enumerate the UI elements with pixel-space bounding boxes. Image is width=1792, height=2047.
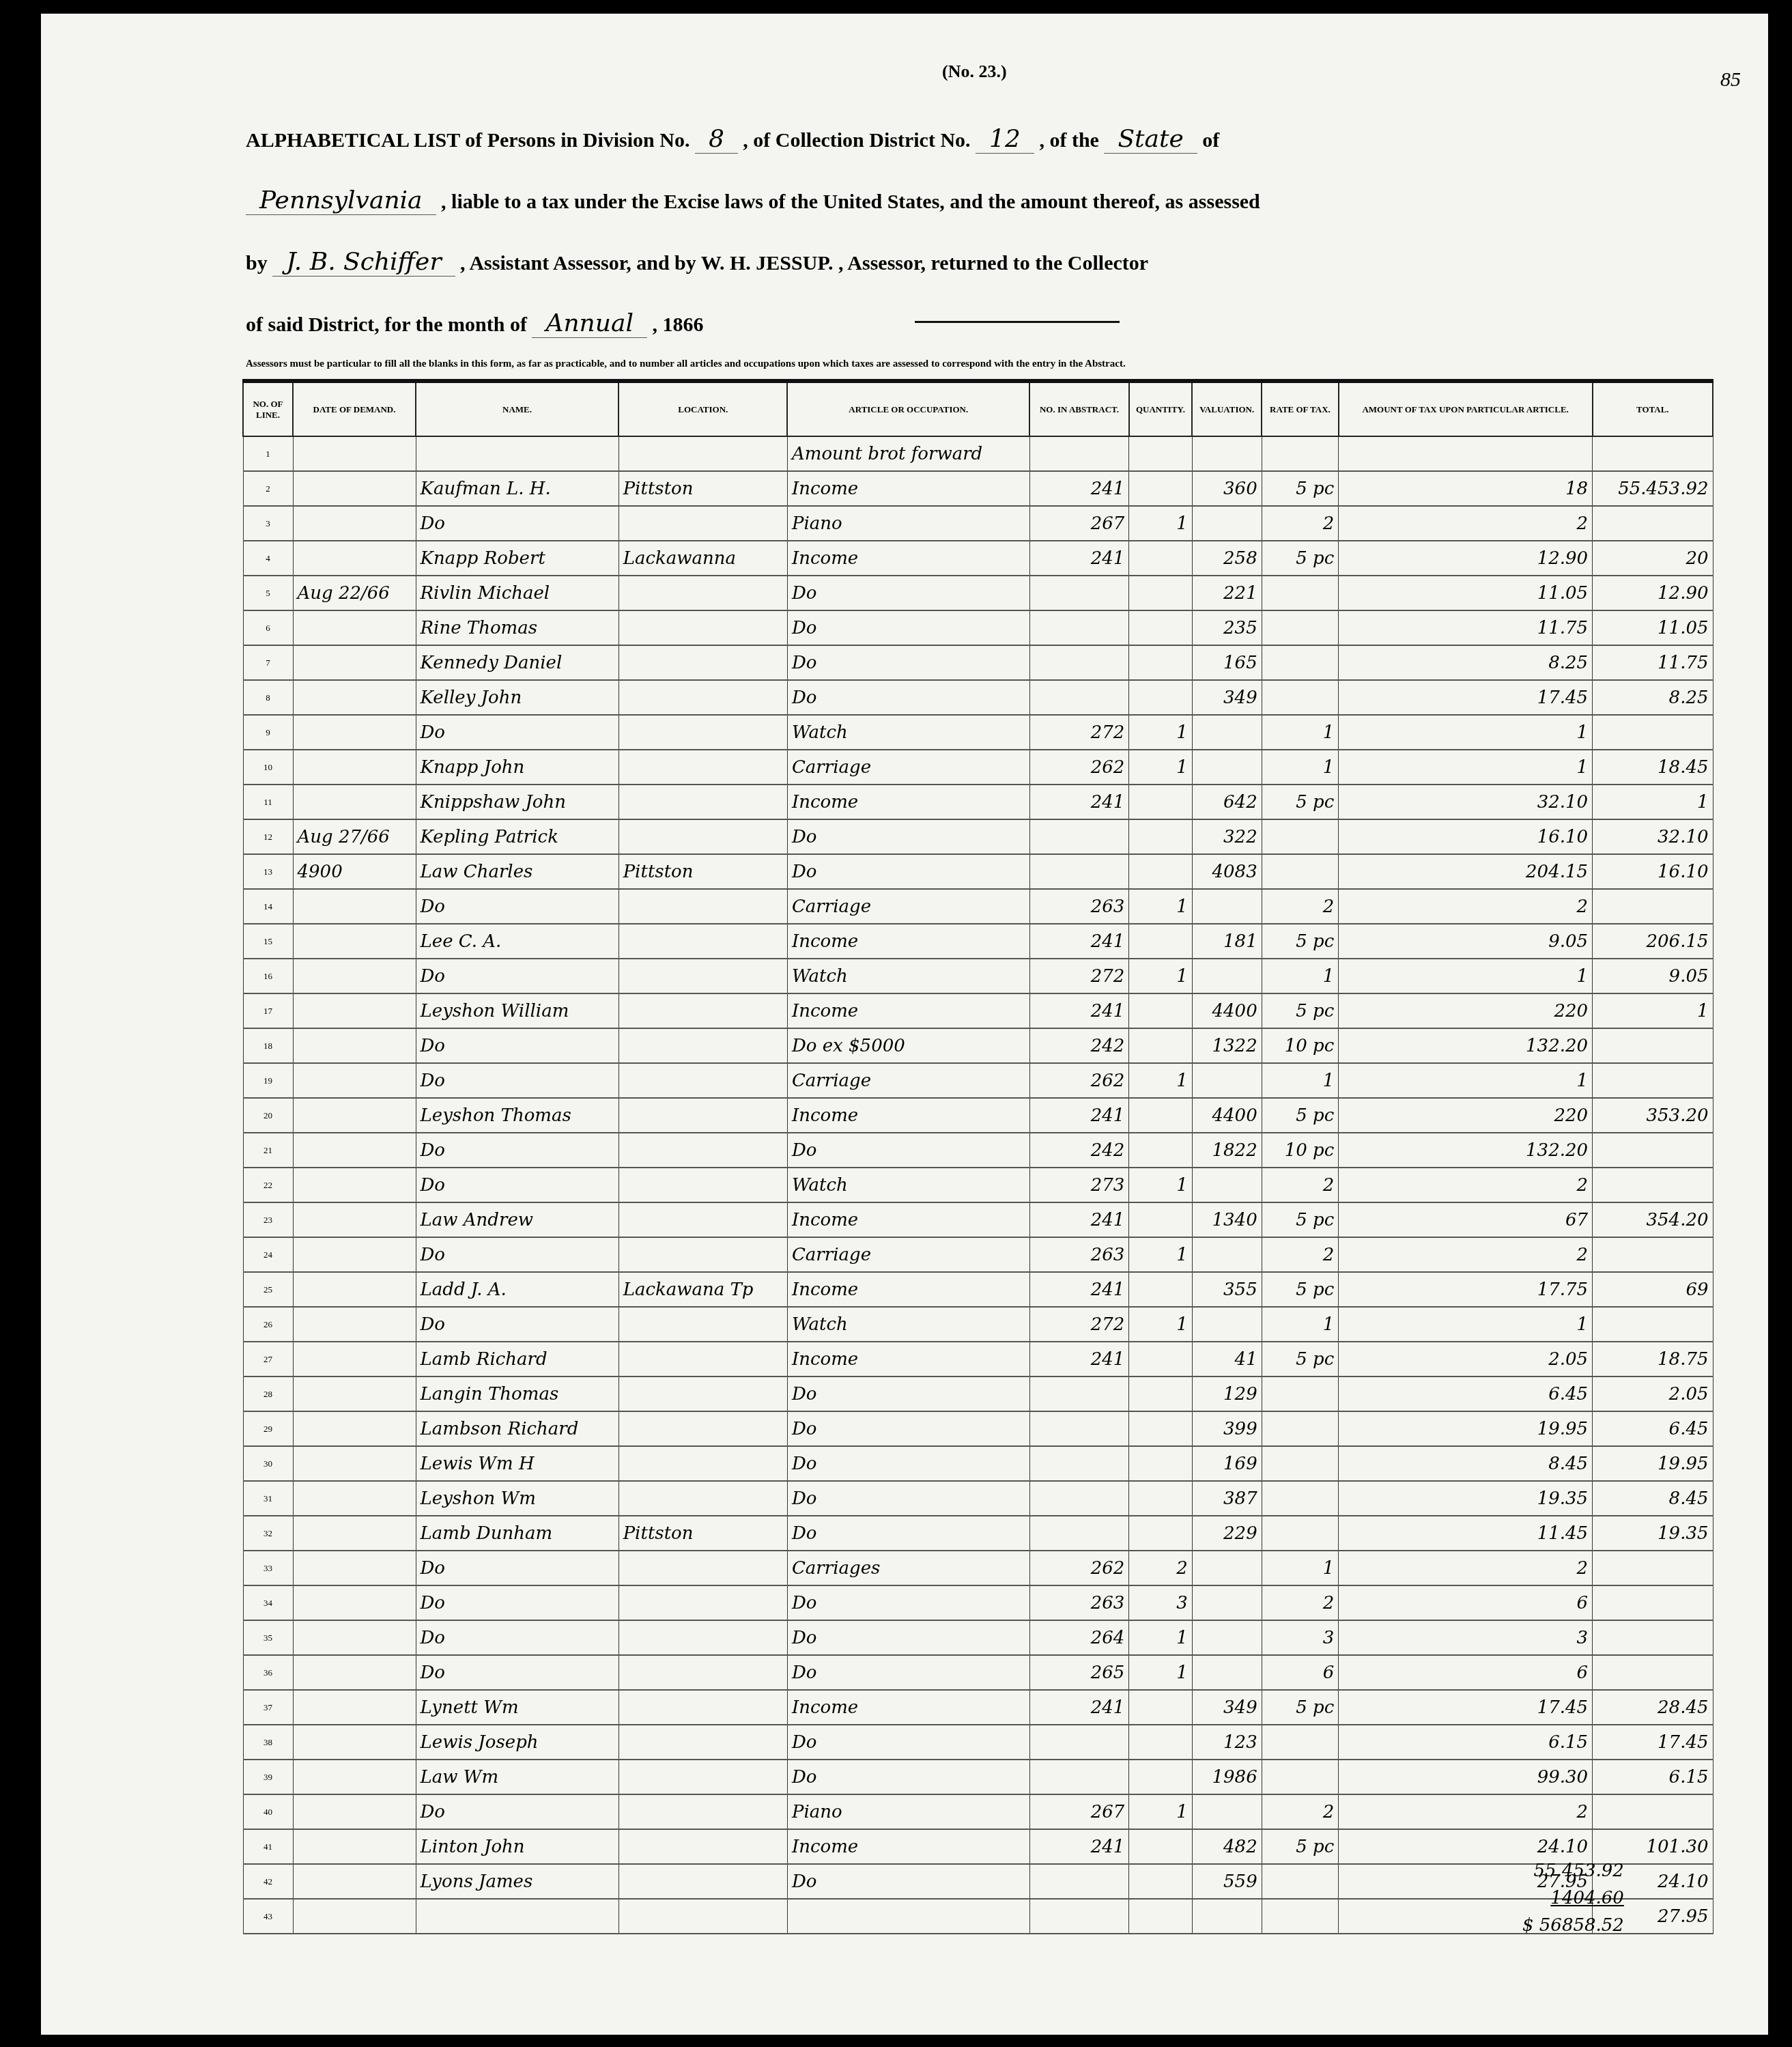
- cell: [1129, 436, 1192, 471]
- cell: [618, 1342, 787, 1377]
- form-header: ALPHABETICAL LIST of Persons in Division…: [246, 109, 1707, 355]
- cell: 69: [1593, 1272, 1713, 1307]
- cell: 1: [1129, 1307, 1192, 1342]
- cell: 11.45: [1339, 1516, 1593, 1551]
- cell: [618, 959, 787, 993]
- table-row: 18DoDo ex $5000242132210 pc132.20: [243, 1028, 1713, 1063]
- cell: 1: [243, 436, 293, 471]
- cell: Lackawana Tp: [618, 1272, 787, 1307]
- cell: [1262, 1481, 1339, 1516]
- cell: 262: [1029, 1063, 1129, 1098]
- cell: Ladd J. A.: [416, 1272, 618, 1307]
- cell: [1262, 854, 1339, 889]
- cell: 5 pc: [1262, 1272, 1339, 1307]
- cell: [618, 576, 787, 610]
- cell: [293, 1551, 416, 1585]
- cell: 11: [243, 785, 293, 819]
- cell: 33: [243, 1551, 293, 1585]
- cell: 1: [1129, 959, 1192, 993]
- cell: 1: [1262, 750, 1339, 785]
- cell: 15: [243, 924, 293, 959]
- table-row: 4Knapp RobertLackawannaIncome2412585 pc1…: [243, 541, 1713, 576]
- cell: Carriage: [787, 750, 1029, 785]
- cell: [1593, 1133, 1713, 1168]
- cell: 263: [1029, 1237, 1129, 1272]
- cell: 8.25: [1339, 645, 1593, 680]
- table-row: 1Amount brot forward: [243, 436, 1713, 471]
- cell: 482: [1192, 1829, 1262, 1864]
- cell: [293, 680, 416, 715]
- cell: [293, 1028, 416, 1063]
- cell: [1029, 854, 1129, 889]
- table-row: 8Kelley JohnDo34917.458.25: [243, 680, 1713, 715]
- cell: [618, 506, 787, 541]
- cell: 1: [1262, 1063, 1339, 1098]
- table-row: 5Aug 22/66Rivlin MichaelDo22111.0512.90: [243, 576, 1713, 610]
- cell: 7: [243, 645, 293, 680]
- cell: Do: [416, 1551, 618, 1585]
- cell: [618, 819, 787, 854]
- cell: [293, 1620, 416, 1655]
- table-row: 32Lamb DunhamPittstonDo22911.4519.35: [243, 1516, 1713, 1551]
- table-row: 14DoCarriage263122: [243, 889, 1713, 924]
- cell: 2: [1262, 1794, 1339, 1829]
- cell: [618, 889, 787, 924]
- cell: [1029, 819, 1129, 854]
- cell: 8.45: [1339, 1446, 1593, 1481]
- cell: 1: [1262, 1307, 1339, 1342]
- table-row: 30Lewis Wm HDo1698.4519.95: [243, 1446, 1713, 1481]
- cell: [618, 1063, 787, 1098]
- cell: [1129, 819, 1192, 854]
- cell: Do: [787, 576, 1029, 610]
- cell: 267: [1029, 506, 1129, 541]
- cell: [1192, 506, 1262, 541]
- cell: [1129, 1202, 1192, 1237]
- cell: [293, 436, 416, 471]
- column-header: Date of Demand.: [293, 381, 416, 436]
- cell: 241: [1029, 1829, 1129, 1864]
- table-row: 134900Law CharlesPittstonDo4083204.1516.…: [243, 854, 1713, 889]
- column-header: Amount of Tax upon particular Article.: [1339, 381, 1593, 436]
- cell: 99.30: [1339, 1760, 1593, 1794]
- cell: [1593, 1794, 1713, 1829]
- cell: 11.75: [1593, 645, 1713, 680]
- cell: [1029, 680, 1129, 715]
- cell: [293, 1307, 416, 1342]
- cell: 272: [1029, 715, 1129, 750]
- cell: 2: [1129, 1551, 1192, 1585]
- cell: 17.75: [1339, 1272, 1593, 1307]
- cell: 3: [1339, 1620, 1593, 1655]
- cell: [1192, 1551, 1262, 1585]
- cell: [1029, 1725, 1129, 1760]
- cell: 1: [1129, 1063, 1192, 1098]
- cell: [293, 959, 416, 993]
- cell: [1129, 854, 1192, 889]
- table-row: 3DoPiano267122: [243, 506, 1713, 541]
- table-row: 41Linton JohnIncome2414825 pc24.10101.30: [243, 1829, 1713, 1864]
- cell: 20: [1593, 541, 1713, 576]
- cell: Do: [787, 1446, 1029, 1481]
- cell: [1593, 1063, 1713, 1098]
- state-value: Pennsylvania: [246, 186, 436, 215]
- cell: 18.45: [1593, 750, 1713, 785]
- cell: Lambson Richard: [416, 1411, 618, 1446]
- cell: 1822: [1192, 1133, 1262, 1168]
- cell: [618, 1551, 787, 1585]
- cell: 1: [1339, 750, 1593, 785]
- cell: 8.25: [1593, 680, 1713, 715]
- table-row: 35DoDo264133: [243, 1620, 1713, 1655]
- cell: Aug 27/66: [293, 819, 416, 854]
- cell: 14: [243, 889, 293, 924]
- cell: Income: [787, 541, 1029, 576]
- cell: Law Charles: [416, 854, 618, 889]
- cell: 28: [243, 1377, 293, 1411]
- table-row: 29Lambson RichardDo39919.956.45: [243, 1411, 1713, 1446]
- cell: 360: [1192, 471, 1262, 506]
- cell: [293, 1899, 416, 1934]
- cell: Lynett Wm: [416, 1690, 618, 1725]
- cell: [293, 1237, 416, 1272]
- cell: 229: [1192, 1516, 1262, 1551]
- cell: [293, 1272, 416, 1307]
- cell: 22: [243, 1168, 293, 1202]
- cell: [293, 750, 416, 785]
- cell: 2: [1262, 1168, 1339, 1202]
- cell: [618, 1168, 787, 1202]
- cell: Income: [787, 993, 1029, 1028]
- cell: 349: [1192, 1690, 1262, 1725]
- totals: 55.453.92 1404.60 $ 56858.52: [1522, 1857, 1624, 1939]
- cell: [1262, 610, 1339, 645]
- cell: 242: [1029, 1133, 1129, 1168]
- cell: [1593, 1551, 1713, 1585]
- table-row: 23Law AndrewIncome24113405 pc67354.20: [243, 1202, 1713, 1237]
- cell: 32: [243, 1516, 293, 1551]
- cell: [1593, 1620, 1713, 1655]
- column-header: Rate of Tax.: [1262, 381, 1339, 436]
- table-row: 9DoWatch272111: [243, 715, 1713, 750]
- cell: [1593, 1585, 1713, 1620]
- cell: Do: [787, 1133, 1029, 1168]
- table-row: 26DoWatch272111: [243, 1307, 1713, 1342]
- cell: [618, 750, 787, 785]
- assessment-table: No. of Line.Date of Demand.Name.Location…: [242, 379, 1713, 1934]
- cell: Do: [787, 645, 1029, 680]
- assessor: W. H. JESSUP.: [701, 252, 834, 274]
- cell: [1192, 715, 1262, 750]
- cell: [1129, 645, 1192, 680]
- cell: Do: [787, 1620, 1029, 1655]
- cell: Leyshon William: [416, 993, 618, 1028]
- cell: 9.05: [1593, 959, 1713, 993]
- cell: 265: [1029, 1655, 1129, 1690]
- cell: 18: [1339, 471, 1593, 506]
- cell: Do: [787, 610, 1029, 645]
- cell: Pittston: [618, 1516, 787, 1551]
- cell: 1: [1129, 506, 1192, 541]
- cell: Do ex $5000: [787, 1028, 1029, 1063]
- cell: 241: [1029, 993, 1129, 1028]
- cell: 242: [1029, 1028, 1129, 1063]
- cell: 24: [243, 1237, 293, 1272]
- column-header: Name.: [416, 381, 618, 436]
- cell: 4: [243, 541, 293, 576]
- cell: [1129, 1829, 1192, 1864]
- cell: 387: [1192, 1481, 1262, 1516]
- cell: 241: [1029, 1098, 1129, 1133]
- cell: 1: [1339, 1307, 1593, 1342]
- cell: [293, 993, 416, 1028]
- cell: Do: [787, 1760, 1029, 1794]
- cell: [1029, 645, 1129, 680]
- cell: Piano: [787, 1794, 1029, 1829]
- cell: 1: [1339, 959, 1593, 993]
- document-page: (No. 23.) 85 ALPHABETICAL LIST of Person…: [41, 14, 1768, 2035]
- cell: [618, 1446, 787, 1481]
- cell: 1: [1129, 1620, 1192, 1655]
- cell: 3: [243, 506, 293, 541]
- table-row: 39Law WmDo198699.306.15: [243, 1760, 1713, 1794]
- cell: Do: [787, 1655, 1029, 1690]
- cell: 241: [1029, 924, 1129, 959]
- cell: 206.15: [1593, 924, 1713, 959]
- cell: 5 pc: [1262, 993, 1339, 1028]
- cell: 6: [1339, 1585, 1593, 1620]
- cell: 10 pc: [1262, 1133, 1339, 1168]
- cell: 1: [1262, 959, 1339, 993]
- cell: Watch: [787, 715, 1029, 750]
- cell: 4083: [1192, 854, 1262, 889]
- cell: [293, 1063, 416, 1098]
- cell: 28.45: [1593, 1690, 1713, 1725]
- cell: [293, 924, 416, 959]
- cell: Do: [787, 1411, 1029, 1446]
- cell: 19.35: [1593, 1516, 1713, 1551]
- cell: [1129, 993, 1192, 1028]
- table-row: 17Leyshon WilliamIncome24144005 pc2201: [243, 993, 1713, 1028]
- table-row: 12Aug 27/66Kepling PatrickDo32216.1032.1…: [243, 819, 1713, 854]
- cell: [1129, 1411, 1192, 1446]
- cell: 5: [243, 576, 293, 610]
- cell: Do: [416, 715, 618, 750]
- cell: 10 pc: [1262, 1028, 1339, 1063]
- cell: Income: [787, 471, 1029, 506]
- cell: 2: [1262, 1585, 1339, 1620]
- cell: Rivlin Michael: [416, 576, 618, 610]
- cell: Do: [416, 1585, 618, 1620]
- cell: 6: [1339, 1655, 1593, 1690]
- cell: 1: [1262, 715, 1339, 750]
- cell: 2: [1262, 506, 1339, 541]
- table-row: 34DoDo263326: [243, 1585, 1713, 1620]
- column-header: Valuation.: [1192, 381, 1262, 436]
- cell: 220: [1339, 993, 1593, 1028]
- cell: Do: [787, 1585, 1029, 1620]
- cell: Lamb Richard: [416, 1342, 618, 1377]
- cell: 1: [1129, 715, 1192, 750]
- cell: Rine Thomas: [416, 610, 618, 645]
- column-header: Quantity.: [1129, 381, 1192, 436]
- cell: 34: [243, 1585, 293, 1620]
- column-header: No. in Abstract.: [1029, 381, 1129, 436]
- cell: [293, 889, 416, 924]
- cell: [1129, 1760, 1192, 1794]
- cell: [1192, 1237, 1262, 1272]
- cell: 6.15: [1593, 1760, 1713, 1794]
- cell: 169: [1192, 1446, 1262, 1481]
- cell: 16.10: [1339, 819, 1593, 854]
- cell: [1262, 1864, 1339, 1899]
- cell: Lyons James: [416, 1864, 618, 1899]
- cell: [293, 645, 416, 680]
- cell: [416, 1899, 618, 1934]
- cell: [618, 645, 787, 680]
- cell: [293, 1168, 416, 1202]
- cell: [1029, 436, 1129, 471]
- cell: [293, 1725, 416, 1760]
- cell: [1029, 610, 1129, 645]
- cell: Do: [787, 854, 1029, 889]
- cell: [293, 1690, 416, 1725]
- cell: [1262, 1725, 1339, 1760]
- cell: [618, 1899, 787, 1934]
- cell: 39: [243, 1760, 293, 1794]
- cell: [618, 1028, 787, 1063]
- table-row: 7Kennedy DanielDo1658.2511.75: [243, 645, 1713, 680]
- cell: 19.95: [1339, 1411, 1593, 1446]
- cell: [618, 610, 787, 645]
- cell: 165: [1192, 645, 1262, 680]
- cell: [618, 1620, 787, 1655]
- cell: Kennedy Daniel: [416, 645, 618, 680]
- cell: 41: [1192, 1342, 1262, 1377]
- cell: 181: [1192, 924, 1262, 959]
- cell: [1129, 471, 1192, 506]
- cell: [293, 1133, 416, 1168]
- cell: [1593, 436, 1713, 471]
- cell: [293, 1516, 416, 1551]
- table-row: 19DoCarriage262111: [243, 1063, 1713, 1098]
- cell: [618, 1794, 787, 1829]
- cell: Do: [416, 1237, 618, 1272]
- cell: [1593, 1307, 1713, 1342]
- cell: Law Wm: [416, 1760, 618, 1794]
- cell: [293, 1342, 416, 1377]
- cell: 2: [1262, 889, 1339, 924]
- cell: 4400: [1192, 1098, 1262, 1133]
- cell: 2: [1339, 1551, 1593, 1585]
- cell: 5 pc: [1262, 924, 1339, 959]
- cell: Do: [787, 819, 1029, 854]
- cell: Lee C. A.: [416, 924, 618, 959]
- column-header: Total.: [1593, 381, 1713, 436]
- cell: Leyshon Wm: [416, 1481, 618, 1516]
- cell: 1: [1339, 715, 1593, 750]
- cell: [1129, 1342, 1192, 1377]
- cell: 12.90: [1593, 576, 1713, 610]
- cell: [1029, 1864, 1129, 1899]
- cell: [618, 1725, 787, 1760]
- cell: [1029, 1899, 1129, 1934]
- cell: 30: [243, 1446, 293, 1481]
- cell: 1: [1339, 1063, 1593, 1098]
- cell: [1192, 1585, 1262, 1620]
- cell: [1262, 645, 1339, 680]
- cell: [787, 1899, 1029, 1934]
- cell: Do: [416, 1307, 618, 1342]
- cell: 129: [1192, 1377, 1262, 1411]
- cell: Kepling Patrick: [416, 819, 618, 854]
- cell: 1: [1129, 889, 1192, 924]
- cell: Carriage: [787, 1237, 1029, 1272]
- cell: 262: [1029, 750, 1129, 785]
- cell: 40: [243, 1794, 293, 1829]
- cell: Income: [787, 1829, 1029, 1864]
- cell: [1029, 1481, 1129, 1516]
- cell: 2: [243, 471, 293, 506]
- column-header: No. of Line.: [243, 381, 293, 436]
- table-row: 20Leyshon ThomasIncome24144005 pc220353.…: [243, 1098, 1713, 1133]
- cell: 2: [1262, 1237, 1339, 1272]
- cell: [293, 1794, 416, 1829]
- cell: [1129, 924, 1192, 959]
- table-row: 25Ladd J. A.Lackawana TpIncome2413555 pc…: [243, 1272, 1713, 1307]
- division-value: 8: [695, 125, 738, 154]
- cell: [293, 541, 416, 576]
- cell: 29: [243, 1411, 293, 1446]
- cell: 2: [1339, 889, 1593, 924]
- cell: 26: [243, 1307, 293, 1342]
- cell: [618, 1237, 787, 1272]
- cell: Watch: [787, 959, 1029, 993]
- cell: 11.05: [1339, 576, 1593, 610]
- table-row: 40DoPiano267122: [243, 1794, 1713, 1829]
- cell: [293, 1377, 416, 1411]
- cell: [1339, 436, 1593, 471]
- cell: [1129, 610, 1192, 645]
- table-row: 22DoWatch273122: [243, 1168, 1713, 1202]
- cell: 241: [1029, 1690, 1129, 1725]
- cell: [293, 1481, 416, 1516]
- cell: Income: [787, 1272, 1029, 1307]
- cell: [416, 436, 618, 471]
- cell: [618, 680, 787, 715]
- table-row: 31Leyshon WmDo38719.358.45: [243, 1481, 1713, 1516]
- cell: [1129, 1516, 1192, 1551]
- table-row: 21DoDo242182210 pc132.20: [243, 1133, 1713, 1168]
- cell: [618, 785, 787, 819]
- cell: [293, 506, 416, 541]
- cell: 2: [1339, 1237, 1593, 1272]
- cell: [293, 1655, 416, 1690]
- cell: 12: [243, 819, 293, 854]
- cell: [1593, 1237, 1713, 1272]
- cell: 353.20: [1593, 1098, 1713, 1133]
- cell: [293, 471, 416, 506]
- cell: Do: [787, 1377, 1029, 1411]
- cell: Carriage: [787, 889, 1029, 924]
- cell: 5 pc: [1262, 1829, 1339, 1864]
- cell: 2.05: [1339, 1342, 1593, 1377]
- cell: 55.453.92: [1593, 471, 1713, 506]
- cell: 20: [243, 1098, 293, 1133]
- cell: 4400: [1192, 993, 1262, 1028]
- cell: 16.10: [1593, 854, 1713, 889]
- cell: Income: [787, 1098, 1029, 1133]
